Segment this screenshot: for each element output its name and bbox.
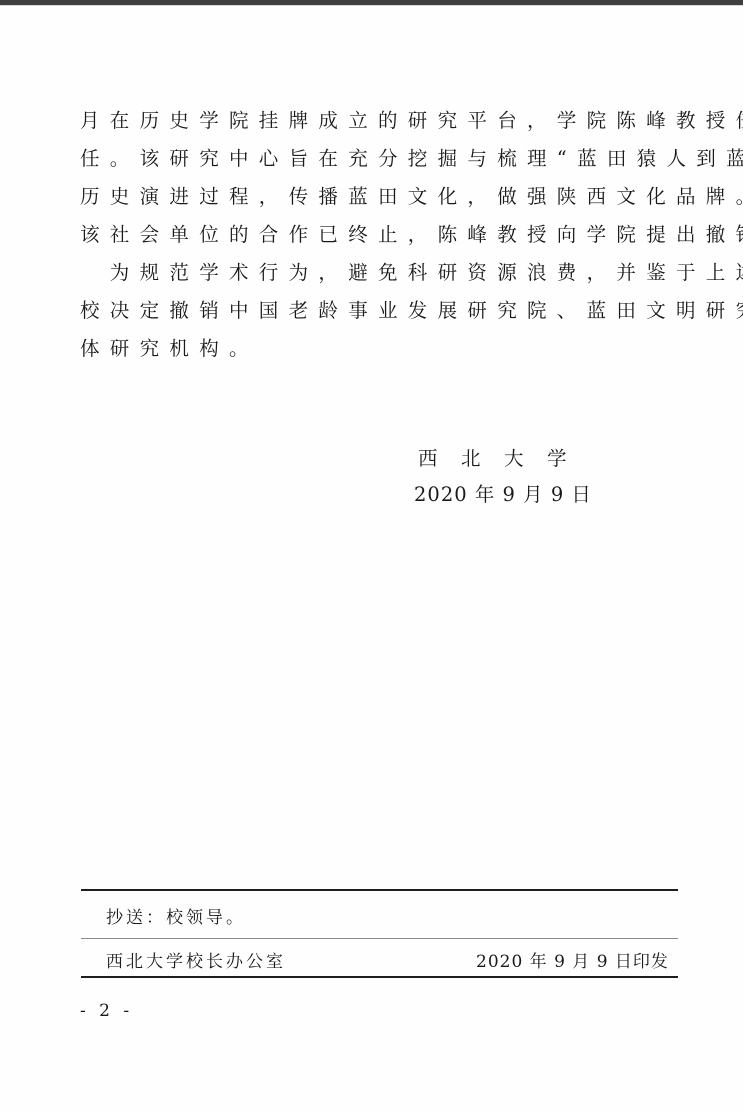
page-number: - 2 - [80, 1000, 133, 1022]
body-line: 体研究机构。 [80, 337, 680, 361]
footer-bottom-rule [81, 976, 678, 978]
cc-line: 抄送：校领导。 [106, 907, 246, 929]
issue-date: 2020 年 9 月 9 日印发 [476, 951, 669, 973]
signature-issuer: 西 北 大 学 [418, 447, 569, 471]
body-line: 任。该研究中心旨在充分挖掘与梳理“蓝田猿人到蓝田文明”的 [80, 147, 680, 171]
body-line: 该社会单位的合作已终止，陈峰教授向学院提出撤销机构申请。 [80, 223, 680, 247]
issuing-office: 西北大学校长办公室 [106, 951, 286, 973]
footer-top-rule [81, 889, 678, 891]
body-line: 月在历史学院挂牌成立的研究平台，学院陈峰教授任研究中心主 [80, 109, 680, 133]
body-line: 历史演进过程，传播蓝田文化，做强陕西文化品牌。目前学院与 [80, 185, 680, 209]
body-line: 校决定撤销中国老龄事业发展研究院、蓝田文明研究中心两家虚 [80, 299, 680, 323]
viewer-top-bar-shadow [0, 5, 743, 6]
signature-date: 2020 年 9 月 9 日 [414, 483, 592, 507]
footer-middle-rule [81, 938, 678, 939]
body-line: 为规范学术行为，避免科研资源浪费，并鉴于上述情况，学 [80, 261, 680, 285]
